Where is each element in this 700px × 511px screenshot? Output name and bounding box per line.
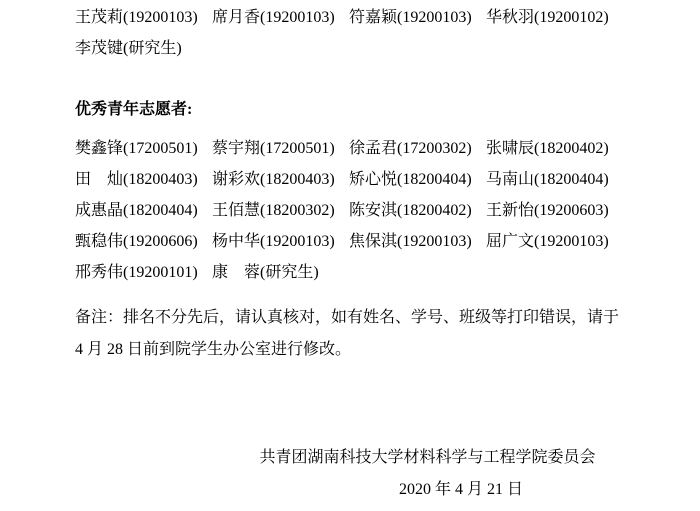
name-entry: 符嘉颖(19200103) bbox=[349, 2, 486, 33]
name-entry: 邢秀伟(19200101) bbox=[75, 257, 212, 288]
name-entry: 屈广文(19200103) bbox=[486, 226, 623, 257]
name-entry: 马南山(18200404) bbox=[486, 164, 623, 195]
name-entry: 矫心悦(18200404) bbox=[349, 164, 486, 195]
signature-organization: 共青团湖南科技大学材料科学与工程学院委员会 bbox=[0, 442, 700, 474]
document-page: 王茂莉(19200103) 席月香(19200103) 符嘉颖(19200103… bbox=[0, 0, 700, 511]
signature-block: 共青团湖南科技大学材料科学与工程学院委员会 2020 年 4 月 21 日 bbox=[0, 442, 700, 506]
name-entry: 陈安淇(18200402) bbox=[349, 195, 486, 226]
name-row: 王茂莉(19200103) 席月香(19200103) 符嘉颖(19200103… bbox=[0, 2, 700, 33]
name-entry: 樊鑫锋(17200501) bbox=[75, 133, 212, 164]
note-line-1: 备注：排名不分先后，请认真核对，如有姓名、学号、班级等打印错误，请于 bbox=[75, 302, 630, 334]
name-row: 田 灿(18200403) 谢彩欢(18200403) 矫心悦(18200404… bbox=[0, 164, 700, 195]
signature-date: 2020 年 4 月 21 日 bbox=[0, 474, 700, 506]
name-entry: 甄稳伟(19200606) bbox=[75, 226, 212, 257]
name-entry: 席月香(19200103) bbox=[212, 2, 349, 33]
name-entry: 田 灿(18200403) bbox=[75, 164, 212, 195]
name-entry: 焦保淇(19200103) bbox=[349, 226, 486, 257]
name-entry: 王茂莉(19200103) bbox=[75, 2, 212, 33]
name-row: 甄稳伟(19200606) 杨中华(19200103) 焦保淇(19200103… bbox=[0, 226, 700, 257]
section-heading: 优秀青年志愿者: bbox=[0, 94, 700, 125]
name-entry: 康 蓉(研究生) bbox=[212, 257, 349, 288]
name-entry: 徐孟君(17200302) bbox=[349, 133, 486, 164]
note-line-2: 4 月 28 日前到院学生办公室进行修改。 bbox=[75, 334, 630, 366]
name-entry: 李茂键(研究生) bbox=[75, 33, 212, 64]
name-entry: 华秋羽(19200102) bbox=[486, 2, 623, 33]
name-entry: 蔡宇翔(17200501) bbox=[212, 133, 349, 164]
name-row: 成惠晶(18200404) 王佰慧(18200302) 陈安淇(18200402… bbox=[0, 195, 700, 226]
name-entry: 成惠晶(18200404) bbox=[75, 195, 212, 226]
name-row: 樊鑫锋(17200501) 蔡宇翔(17200501) 徐孟君(17200302… bbox=[0, 133, 700, 164]
volunteer-name-list: 樊鑫锋(17200501) 蔡宇翔(17200501) 徐孟君(17200302… bbox=[0, 133, 700, 288]
name-entry: 王佰慧(18200302) bbox=[212, 195, 349, 226]
name-entry: 张啸辰(18200402) bbox=[486, 133, 623, 164]
name-entry: 谢彩欢(18200403) bbox=[212, 164, 349, 195]
note-block: 备注：排名不分先后，请认真核对，如有姓名、学号、班级等打印错误，请于 4 月 2… bbox=[0, 302, 700, 366]
name-row: 李茂键(研究生) bbox=[0, 33, 700, 64]
name-entry: 王新怡(19200603) bbox=[486, 195, 623, 226]
continued-name-list: 王茂莉(19200103) 席月香(19200103) 符嘉颖(19200103… bbox=[0, 0, 700, 64]
name-row: 邢秀伟(19200101) 康 蓉(研究生) bbox=[0, 257, 700, 288]
name-entry: 杨中华(19200103) bbox=[212, 226, 349, 257]
